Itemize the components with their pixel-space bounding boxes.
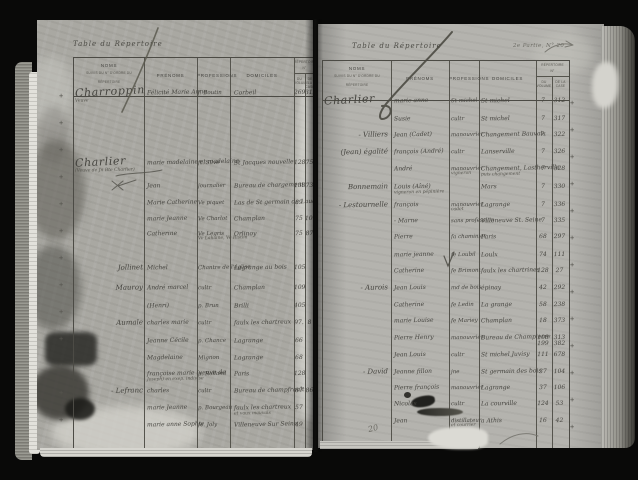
cell-num-volume: 111 [536,352,550,359]
cell-prenoms: Félicité Marie Anne [147,89,196,97]
cell-num-volume: 58 [536,302,550,309]
cell-num-case: 336 [552,202,567,209]
margin-cross-mark: + [59,416,63,424]
cell-nom: - Lestournelle [324,201,388,210]
cell-num-case: 104 [552,369,567,376]
cell-domicile: Changement Bauvais [481,131,534,139]
cell-num-volume: 66 [294,338,304,345]
cell-prenoms: Jean Louis [394,284,446,292]
cell-profession: cultr [451,149,478,156]
cell-profession: Ve piquet [198,200,231,207]
cell-domicile: Lagrange [234,354,292,362]
cell-prenoms: marie Jeanne [147,215,196,223]
cell-domicile: La grange [481,301,534,309]
cell-num-volume: 18 [536,318,550,325]
cell-num-volume: 87 [294,388,304,395]
cell-domicile: Champlan [234,215,292,223]
cell-prenoms: marie anne [394,97,446,105]
cell-num-volume: 405 [294,303,304,310]
cell-nom: Aumale [75,319,143,328]
cell-num-case: 330 [552,184,567,191]
cell-domicile: Loulx [481,251,534,259]
cell-profession: p. Rolland [198,371,231,378]
torn-paper-edge [592,62,618,108]
cell-profession: manouvrier [451,335,478,342]
cell-num-case: 335 [552,218,567,225]
cell-num-volume: 138 [294,183,304,190]
cell-num-volume: 7 [536,149,550,156]
cell-domicile: Villeneuve Sur Seine [234,421,292,429]
cell-num-volume: 7. [536,132,550,139]
cell-num-volume: 89 [294,200,304,207]
cell-num-volume: 105 [294,265,304,272]
cell-domicile: Brilli [234,302,292,310]
cell-domicile: Paris [234,370,292,378]
col-header-domiciles: DOMICILES [479,76,536,82]
cell-num-volume: 75 [294,231,304,238]
cell-domicile: Lagrange [234,337,292,345]
cell-prenoms: Jean [147,182,196,190]
cell-num-volume: 37 [536,369,550,376]
cell-domicile: Lagrange [481,201,534,209]
cell-prenoms: Marie Catherine [147,199,196,207]
cell-num-volume: 124 [536,401,550,408]
cell-num-volume: 42 [536,285,550,292]
col-header-prenoms: PRÉNOMS [391,76,449,82]
margin-cross-mark: + [570,261,574,269]
cell-domicile: Bureau de champfrault [234,387,292,395]
cell-prenoms: marie jeanne [394,251,446,259]
cell-prenoms: marie Louise [394,317,446,325]
left-page: Table du Répertoire NOMS suivis du n° d'… [37,20,313,450]
cell-domicile: St michel [481,115,534,123]
cell-profession: journalier [198,183,231,190]
cell-domicile: Villeneuve St. Seine [481,217,534,225]
cell-profession: cultr [198,388,231,395]
cell-num-volume: 7 [536,218,550,225]
cell-num-volume: 74 [536,252,550,259]
margin-cross-mark: + [570,180,574,188]
margin-cross-mark: + [570,126,574,134]
cell-prenoms: marie Jeanne [147,404,196,412]
margin-cross-mark: + [59,173,63,181]
margin-cross-mark: + [59,389,63,397]
margin-cross-mark: + [570,207,574,215]
cell-profession-sub: Ve Lahaine, Ve Riston [198,237,231,243]
cell-prenoms-sub: Joseph) en exep. indivise [147,377,196,383]
margin-cross-mark: + [570,369,574,377]
cell-prenoms: Jean (Cadet) [394,131,446,139]
cell-profession: cultr [451,116,478,123]
cell-profession: sans profession [451,218,478,225]
cell-domicile: Bureau de Champierre [481,334,534,342]
cell-profession: ft. Silve [198,160,231,167]
cell-nom: - David [324,368,388,377]
cell-num-volume: 269 [294,90,304,97]
cell-domicile: faulx les chartreux [234,319,292,327]
cell-prenoms: Jean Louis [394,351,446,359]
cell-num-volume: 199 [536,341,550,348]
cell-domicile: Orlinoy [234,230,292,238]
margin-cross-mark: + [570,153,574,161]
cell-num-case: 312 [552,98,567,105]
cell-prenoms: françois [394,201,446,209]
margin-cross-mark: + [570,342,574,350]
cell-domicile: Champlan [481,317,534,325]
cell-prenoms: Catherine [147,230,196,238]
cell-profession: cultr [198,320,231,327]
cell-prenoms: charles marie [147,319,196,327]
cell-nom: - Lefranc [75,387,143,396]
margin-cross-mark: + [59,254,63,262]
page-block-edge-bottom [40,448,312,457]
cell-num-volume: 49 [294,422,304,429]
col-header-repertoire: RÉPERTOIRE [536,63,569,67]
cell-domicile: faulx les chartrines [481,267,534,275]
cell-domicile: Lanserville [481,148,534,156]
cell-prenoms: Pierre françois [394,384,446,392]
col-header-noms-sub1: suivis du n° d'ordre du [325,74,389,78]
margin-cross-mark: + [59,146,63,154]
cell-num-volume: 75 [294,216,304,223]
cell-profession: manouvrier [451,132,478,139]
cell-prenoms: Jean [394,417,446,425]
right-page: Table du Répertoire 2e Partie, N° 20 NOM… [318,24,604,448]
cell-prenoms: Catherine [394,267,446,275]
cell-profession-sub: vigneron [451,172,478,178]
cell-domicile: a Athis [481,417,534,425]
cell-num-case: 322 [552,132,567,139]
margin-cross-mark: + [59,227,63,235]
cell-prenoms: (Henri) [147,302,196,310]
cell-prenoms: charles [147,387,196,395]
scanned-register-photo: Table du Répertoire NOMS suivis du n° d'… [0,0,638,480]
cell-profession: manouvrier [451,385,478,392]
ink-smudge [417,408,463,416]
cell-prenoms: Jeanne fillon [394,368,446,376]
margin-cross-mark: + [59,200,63,208]
cell-nom: (Jean) égalité [324,148,388,157]
cell-prenoms: Magdelaine [147,354,196,362]
margin-cross-mark: + [570,234,574,242]
cell-domicile: Corbeil [234,89,292,97]
binding-gutter-shadow [305,19,323,452]
cell-profession: fe Ledin [451,302,478,309]
cell-profession: f. Boutin [198,90,231,97]
margin-cross-mark: + [59,119,63,127]
cell-num-case: 373 [552,318,567,325]
cell-prenoms: Catherine [394,301,446,309]
cell-domicile: Lagrange au bois [234,264,292,272]
ink-blot [404,392,411,398]
cell-profession: p. Chance [198,338,231,345]
col-header-noms: NOMS [323,66,391,72]
col-header-domiciles: DOMICILES [230,73,294,79]
cell-domicile: St michel Juvisy [481,351,534,359]
margin-cross-mark: + [59,362,63,370]
col-header-rep-vol: du volume [294,77,305,85]
cell-profession-sub: cadet [451,208,478,214]
cell-num-case: 27 [552,268,567,275]
cell-domicile: Bureau de chargement [234,182,292,190]
col-header-professions: PROFESSIONS [197,73,230,79]
corner-part-number-note: 2e Partie, N° 20 [513,43,564,49]
cell-domicile: St germain des bois [481,368,534,376]
cell-num-case: 292 [552,285,567,292]
col-header-rep-case: de la case [552,80,569,88]
cell-num-volume: 7 [536,202,550,209]
cell-profession: cultr [451,352,478,359]
cell-num-case: 326 [552,149,567,156]
cell-profession: fe Brimont [451,268,478,275]
cell-num-volume: 7 [536,98,550,105]
cell-domicile: Champlan [234,284,292,292]
cell-prenoms: Pierre [394,233,446,241]
cell-num-volume: 37 [536,385,550,392]
cell-profession: Mignon [198,355,231,362]
cell-domicile: Paris [481,233,534,241]
margin-cross-mark: + [570,288,574,296]
cell-nom: Mauroy [75,284,143,293]
cell-num-case: 317 [552,116,567,123]
cell-num-case: 328 [552,166,567,173]
col-header-noms: NOMS [74,63,144,69]
margin-cross-mark: + [570,99,574,107]
col-header-noms-sub1: suivis du n° d'ordre du [76,71,142,75]
cell-prenoms: marie madelaine et madelaine [147,159,196,167]
cell-domicile: St michel [481,97,534,105]
col-header-rep-no: N° [536,69,569,73]
cell-domicile: Las de St germain de Laud [234,199,292,207]
cell-num-volume: 109 [294,285,304,292]
cell-profession: cultr [451,401,478,408]
cell-prenoms: André [394,165,446,173]
cell-num-volume: 7 [536,184,550,191]
cell-profession: fa chaminier [451,234,478,241]
cell-num-volume: 68 [294,355,304,362]
cell-num-volume: 7 [536,166,550,173]
cell-domicile: Mars [481,183,534,191]
cell-nom: - Villiers [324,131,388,140]
cell-num-case: 238 [552,302,567,309]
col-header-professions: PROFESSIONS [449,76,479,82]
cell-prenoms: marie anne Sophie [147,421,196,429]
cell-num-volume: 97. [294,320,304,327]
cell-nom: - Aurois [324,284,388,293]
cell-profession: fe Mariey [451,318,478,325]
torn-paper-edge [428,427,488,449]
page-title: Table du Répertoire [352,42,442,50]
margin-cross-mark: + [570,423,574,431]
page-title: Table du Répertoire [73,40,163,48]
cell-num-volume: 7 [536,116,550,123]
cell-num-case: 106 [552,385,567,392]
col-header-prenoms: PRÉNOMS [144,73,197,79]
col-header-rep-vol: du volume [536,80,552,88]
cell-num-case: 111 [552,252,567,259]
margin-cross-mark: + [59,335,63,343]
cell-num-case: 42 [552,418,567,425]
cell-nom: Bonnemain [324,183,388,192]
cell-num-case: 297 [552,234,567,241]
cell-num-case: 382 [552,341,567,348]
cell-domicile: Lagrange [481,384,534,392]
cell-prenoms: Nicolas [394,400,446,408]
cell-profession: Chantre de l'église [198,265,231,272]
cell-nom: Jollinet [75,264,143,273]
cell-num-case: 678 [552,352,567,359]
cell-prenoms: Susie [394,115,446,123]
margin-cross-mark: + [570,396,574,404]
cell-profession: fe Loubil [451,252,478,259]
cell-num-volume: 128 [536,268,550,275]
cell-profession: cultr [198,285,231,292]
cell-prenoms: Jeanne Cécile [147,337,196,345]
cell-num-volume: 68 [536,234,550,241]
cell-profession: jne [451,369,478,376]
cell-num-volume: 57 [294,405,304,412]
cell-num-case: 53 [552,401,567,408]
cell-prenoms: - Marne [394,217,446,225]
margin-cross-mark: + [59,281,63,289]
cell-profession: St michel [451,98,478,105]
cell-profession: fe. Joly [198,422,231,429]
margin-cross-mark: + [59,92,63,100]
col-header-noms-sub2: répertoire [325,83,389,87]
cell-profession: p. Bourgeau [198,405,231,412]
cell-num-volume: 128 [294,371,304,378]
cell-prenoms: Pierre Henry [394,334,446,342]
cell-domicile: La courville [481,400,534,408]
cell-prenoms: Michel [147,264,196,272]
cell-num-volume: 16 [536,418,550,425]
cell-profession: Ve Charlot [198,216,231,223]
cell-domicile: St Jacques nouvelle [234,159,292,167]
cell-profession: p. Brun [198,303,231,310]
cell-profession: md de bois [451,285,478,292]
cell-prenoms: françois (André) [394,148,446,156]
cell-prenoms: André marcel [147,284,196,292]
margin-cross-mark: + [570,315,574,323]
cell-domicile: épinay [481,284,534,292]
margin-cross-mark: + [59,308,63,316]
cell-num-volume: 128 [294,160,304,167]
